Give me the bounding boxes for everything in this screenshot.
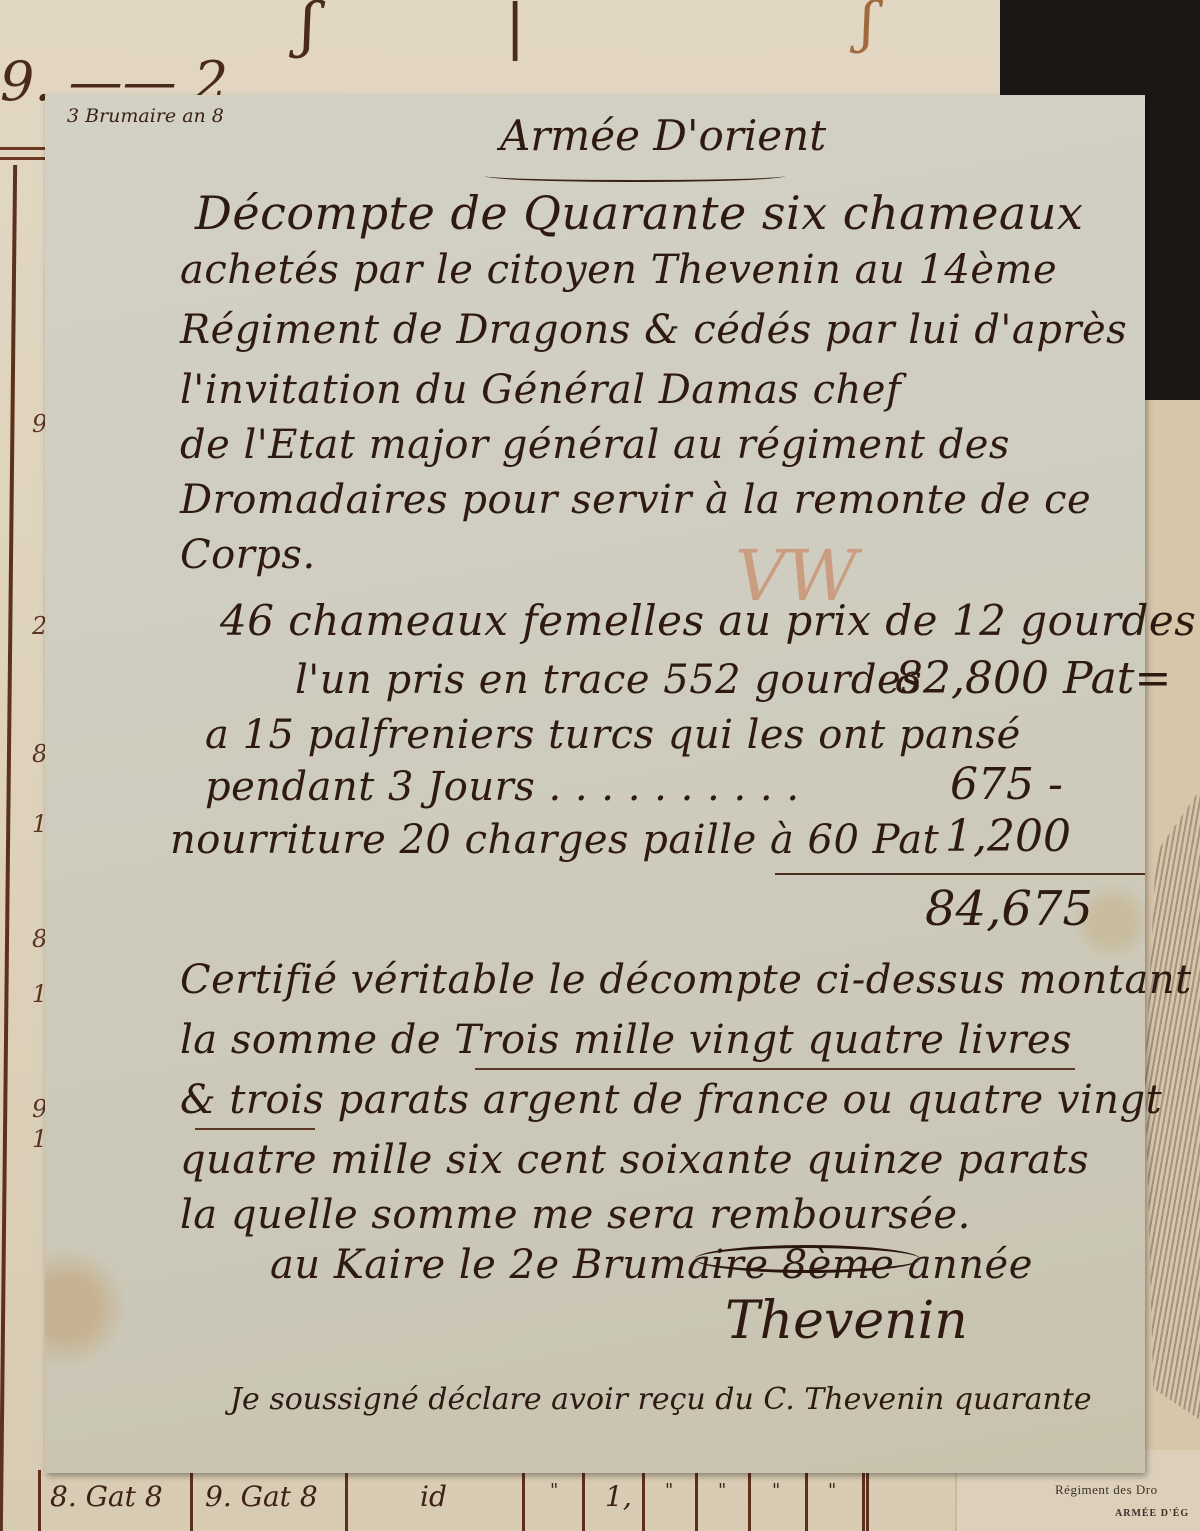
ledger-cell: 1, xyxy=(605,1480,632,1513)
ledger-column-rule xyxy=(190,1470,193,1531)
ledger-cell: 8. Gat 8 xyxy=(50,1480,163,1513)
body-line: l'invitation du Général Damas chef xyxy=(180,370,901,410)
ledger-rule xyxy=(0,147,45,150)
certification-line: & trois parats argent de france ou quatr… xyxy=(180,1080,1162,1120)
ledger-cell: " xyxy=(828,1480,836,1501)
signature-flourish xyxy=(695,1245,920,1273)
print-subcaption: ARMÉE D'ÉG xyxy=(1115,1508,1189,1519)
ledger-bottom-row: 8. Gat 8 9. Gat 8 id " 1, " " " " xyxy=(0,1470,950,1531)
body-line: Dromadaires pour servir à la remonte de … xyxy=(180,480,1091,520)
body-line: Régiment de Dragons & cédés par lui d'ap… xyxy=(180,310,1127,350)
ledger-column-rule xyxy=(695,1470,698,1531)
ledger-cell: " xyxy=(665,1480,673,1501)
ledger-column-rule xyxy=(866,1470,869,1531)
date-line: au Kaire le 2e Brumaire 8ème année xyxy=(270,1245,1033,1285)
body-line: achetés par le citoyen Thevenin au 14ème xyxy=(180,250,1057,290)
ledger-rule xyxy=(0,157,45,160)
ledger-column-rule xyxy=(642,1470,645,1531)
ledger-column-rule xyxy=(0,165,17,1531)
certification-line: la somme de Trois mille vingt quatre liv… xyxy=(180,1020,1072,1060)
account-amount: 675 - xyxy=(950,763,1063,807)
ledger-column-rule xyxy=(748,1470,751,1531)
ledger-cell: 9. Gat 8 xyxy=(205,1480,318,1513)
ledger-cell: " xyxy=(772,1480,780,1501)
sum-underline xyxy=(195,1128,315,1130)
account-line: pendant 3 Jours . . . . . . . . . . xyxy=(205,767,800,807)
ledger-cell: " xyxy=(550,1480,558,1501)
signature: Thevenin xyxy=(725,1295,968,1347)
certification-line: quatre mille six cent soixante quinze pa… xyxy=(180,1140,1089,1180)
ledger-stroke: ʃ xyxy=(300,0,316,60)
body-line: Corps. xyxy=(180,535,316,575)
body-line: de l'Etat major général au régiment des xyxy=(180,425,1010,465)
certification-line: Certifié véritable le décompte ci-dessus… xyxy=(180,960,1200,1000)
account-amount: 1,200 xyxy=(945,815,1071,859)
ledger-column-rule xyxy=(345,1470,348,1531)
account-amount: 82,800 Pat= xyxy=(895,657,1171,701)
account-total: 84,675 xyxy=(925,885,1093,933)
certification-line: la quelle somme me sera remboursée. xyxy=(180,1195,971,1235)
ledger-column-rule xyxy=(582,1470,585,1531)
account-line: a 15 palfreniers turcs qui les ont pansé xyxy=(205,715,1021,755)
corner-date-note: 3 Brumaire an 8 xyxy=(67,107,224,126)
ledger-cell: id xyxy=(420,1480,447,1513)
sum-underline xyxy=(475,1068,1075,1070)
account-line: l'un pris en trace 552 gourdes xyxy=(295,660,922,700)
account-line: 46 chameaux femelles au prix de 12 gourd… xyxy=(220,600,1196,642)
ledger-column-rule xyxy=(805,1470,808,1531)
body-line: Décompte de Quarante six chameaux xyxy=(195,190,1083,236)
ledger-stroke: | xyxy=(505,0,525,62)
total-rule xyxy=(775,873,1145,875)
manuscript-letter: 3 Brumaire an 8 Armée D'orient Décompte … xyxy=(45,95,1145,1473)
letter-header: Armée D'orient xyxy=(500,115,826,157)
ledger-stroke: ʃ xyxy=(860,0,875,54)
header-underline xyxy=(485,170,785,182)
receipt-line: Je soussigné déclare avoir reçu du C. Th… xyxy=(230,1385,1092,1415)
account-line: nourriture 20 charges paille à 60 Pat xyxy=(170,820,939,860)
print-caption: Régiment des Dro xyxy=(1055,1482,1158,1498)
ledger-cell: " xyxy=(718,1480,726,1501)
ledger-column-rule xyxy=(38,1470,41,1531)
ledger-column-rule xyxy=(522,1470,525,1531)
ledger-column-rule xyxy=(862,1470,865,1531)
